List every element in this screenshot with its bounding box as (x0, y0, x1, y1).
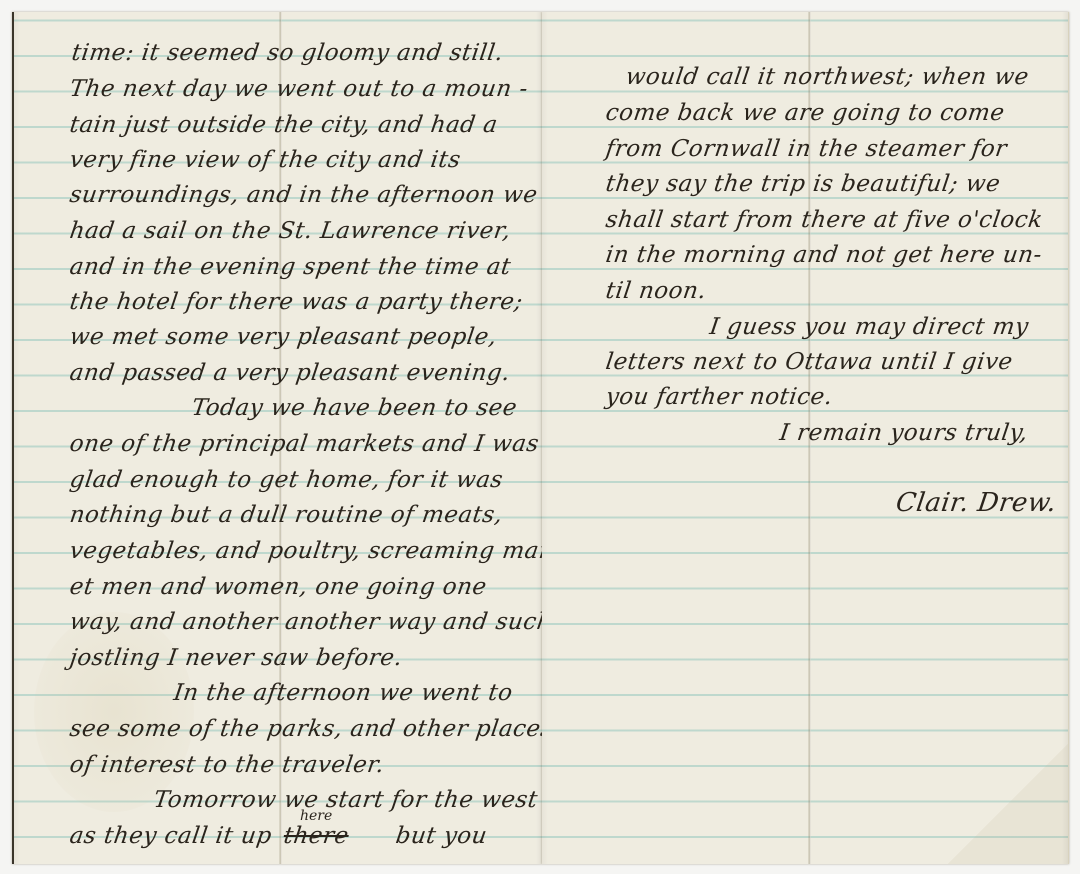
text-line: shall start from there at five o'clock (604, 207, 1044, 233)
text-line: surroundings, and in the afternoon we (68, 182, 539, 208)
text-line: Tomorrow we start for the west (152, 787, 539, 813)
text-line: jostling I never saw before. (68, 645, 404, 671)
text-line: one of the principal markets and I was (68, 431, 541, 457)
text-line: you farther notice. (604, 384, 834, 410)
text-line: as they call it up (68, 823, 274, 849)
text-line: had a sail on the St. Lawrence river, (68, 218, 512, 244)
text-line: see some of the parks, and other places (68, 716, 542, 742)
text-line: way, and another another way and such (68, 609, 542, 635)
signature: Clair. Drew. (894, 488, 1058, 518)
text-line: and in the evening spent the time at (68, 254, 513, 280)
text-line: we met some very pleasant people, (68, 324, 498, 350)
left-page: time: it seemed so gloomy and still. The… (12, 12, 542, 864)
text-line: The next day we went out to a moun - (68, 76, 530, 102)
letter-scan: time: it seemed so gloomy and still. The… (0, 0, 1080, 874)
inserted-word: here (300, 808, 332, 824)
text-line: very fine view of the city and its (68, 147, 463, 173)
corner-fold (948, 744, 1068, 864)
text-line: et men and women, one going one (68, 574, 488, 600)
text-line: vegetables, and poultry, screaming mark- (68, 538, 542, 564)
text-line: nothing but a dull routine of meats, (68, 502, 504, 528)
paper-stain (34, 612, 194, 812)
text-line: from Cornwall in the steamer for (604, 136, 1009, 162)
text-line: Today we have been to see (190, 395, 519, 421)
struck-word: there (282, 823, 350, 849)
text-line: and passed a very pleasant evening. (68, 360, 512, 386)
text-line: but you (394, 823, 489, 849)
text-line: they say the trip is beautiful; we (604, 171, 1002, 197)
text-line: letters next to Ottawa until I give (604, 349, 1014, 375)
text-line: come back we are going to come (604, 100, 1006, 126)
closing-line: I remain yours truly, (778, 420, 1030, 446)
text-line: glad enough to get home, for it was (68, 467, 505, 493)
text-line: In the afternoon we went to (172, 680, 514, 706)
text-line: tain just outside the city, and had a (68, 112, 499, 138)
text-line: the hotel for there was a party there; (68, 289, 525, 315)
text-line: time: it seemed so gloomy and still. (70, 40, 505, 66)
text-line: in the morning and not get here un- (604, 242, 1044, 268)
text-line: til noon. (604, 278, 708, 304)
text-line: would call it northwest; when we (624, 64, 1031, 90)
right-page: would call it northwest; when we come ba… (542, 12, 1069, 864)
text-line: I guess you may direct my (708, 314, 1030, 340)
text-line: of interest to the traveler. (68, 752, 386, 778)
